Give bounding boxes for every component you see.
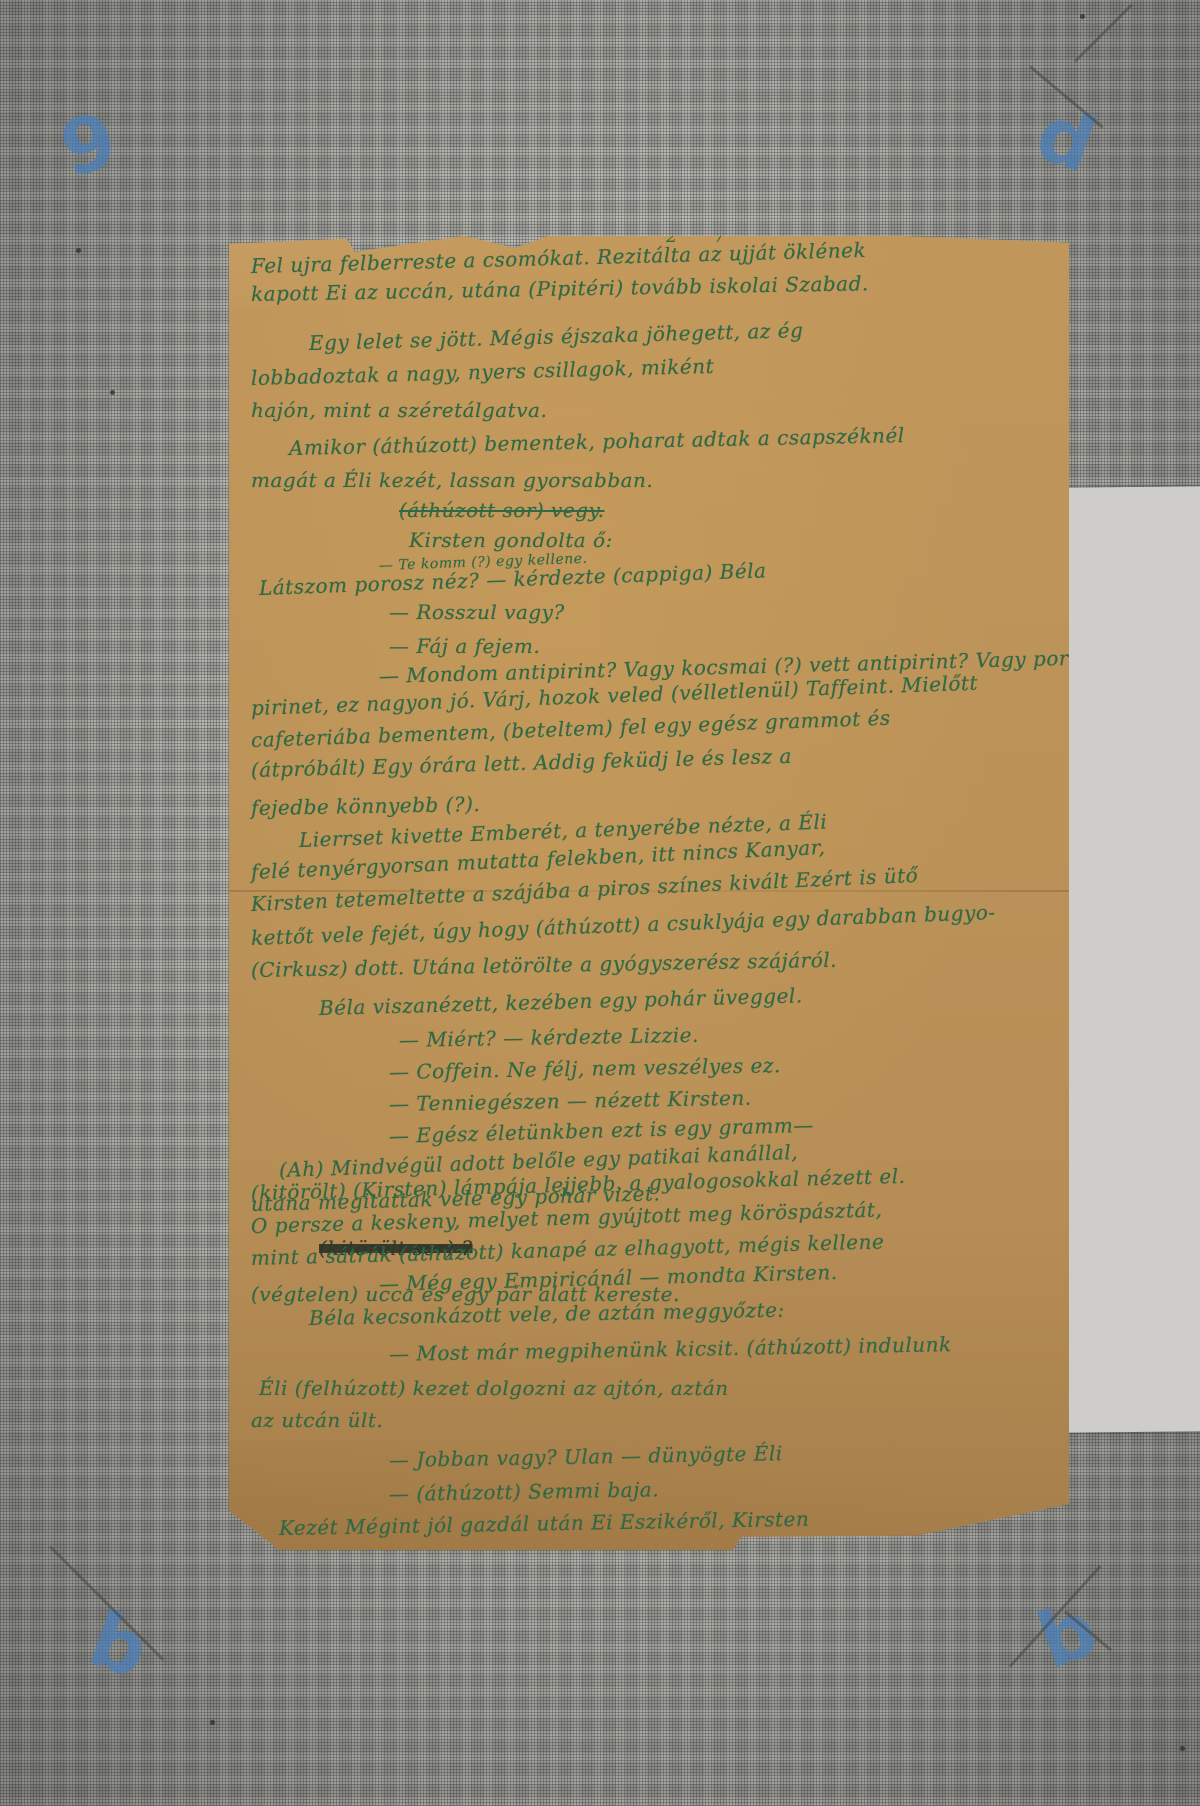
manuscript-page: 2 7 Fel ujra felberreste a csomókat. Rez…	[229, 236, 1069, 1550]
manuscript-line: Kirsten gondolta ő:	[409, 528, 613, 552]
manuscript-line: Éli (felhúzott) kezet dolgozni az ajtón,…	[259, 1376, 729, 1400]
manuscript-line: — Coffein. Ne félj, nem veszélyes ez.	[389, 1053, 781, 1084]
manuscript-line: Amikor (áthúzott) bementek, poharat adta…	[289, 423, 905, 460]
manuscript-line: (átpróbált) Egy órára lett. Addig feküdj…	[251, 744, 792, 782]
manuscript-line: fejedbe könnyebb (?).	[251, 792, 481, 820]
manuscript-line: — Most már megpihenünk kicsit. (áthúzott…	[389, 1332, 952, 1366]
manuscript-line: — Fáj a fejem.	[389, 634, 540, 658]
manuscript-line: — Rosszul vagy?	[389, 600, 565, 624]
manuscript-line: hajón, mint a széretálgatva.	[251, 398, 547, 422]
manuscript-line: magát a Éli kezét, lassan gyorsabban.	[251, 468, 653, 492]
struck-line: (áthúzott sor) vegy.	[399, 498, 605, 522]
white-backing-card	[1053, 486, 1200, 1433]
manuscript-line: lobbadoztak a nagy, nyers csillagok, mik…	[251, 354, 715, 390]
manuscript-line: — (áthúzott) Semmi baja.	[389, 1477, 660, 1506]
manuscript-line: Egy lelet se jött. Mégis éjszaka jöheget…	[309, 318, 804, 355]
manuscript-line: Béla viszanézett, kezében egy pohár üveg…	[319, 983, 803, 1020]
manuscript-continuation: (kitörölt) (Kirsten) lámpája lejjebb, a …	[229, 1236, 1069, 1237]
manuscript-line: — Tenniegészen — nézett Kirsten.	[389, 1086, 752, 1116]
manuscript-line: (végtelen) ucca és egy pár alatt kereste…	[251, 1282, 680, 1306]
manuscript-line: (Cirkusz) dott. Utána letörölte a gyógys…	[251, 948, 837, 982]
dust-speck	[210, 1720, 215, 1725]
dust-speck	[76, 248, 81, 253]
manuscript-line: az utcán ült.	[251, 1408, 383, 1432]
graphite-line	[1074, 4, 1133, 63]
dust-speck	[110, 390, 115, 395]
crop-mark-top-right: p	[1021, 98, 1103, 200]
crop-mark-top-left: 9	[51, 95, 125, 195]
manuscript-line: — Miért? — kérdezte Lizzie.	[399, 1023, 699, 1052]
dust-speck	[1180, 1746, 1185, 1751]
dust-speck	[1080, 14, 1085, 19]
